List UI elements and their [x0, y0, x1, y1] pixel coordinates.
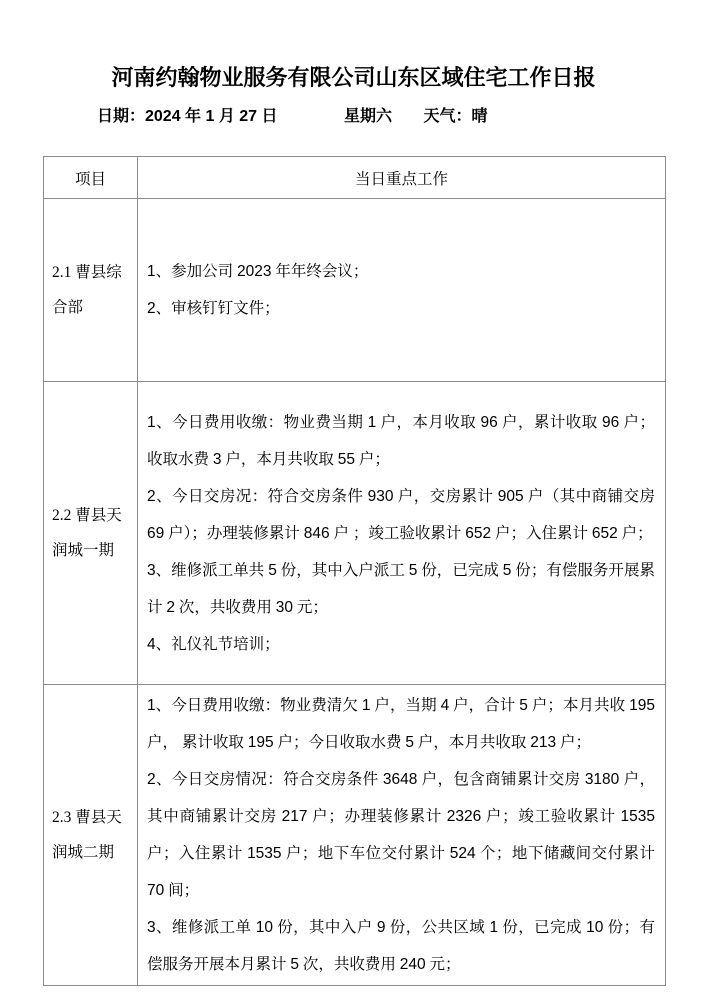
meta-line: 日期：2024 年 1 月 27 日 星期六 天气：晴 [0, 106, 707, 128]
project-cell: 2.3 曹县天润城二期 [44, 685, 138, 986]
table-row: 2.3 曹县天润城二期1、今日费用收缴：物业费清欠 1 户，当期 4 户，合计 … [44, 685, 666, 986]
work-item: 4、礼仪礼节培训； [147, 626, 655, 663]
work-item: 2、今日交房况：符合交房条件 930 户，交房累计 905 户（其中商铺交房 6… [147, 478, 655, 552]
table-row: 2.2 曹县天润城一期1、今日费用收缴：物业费当期 1 户，本月收取 96 户，… [44, 382, 666, 685]
report-weekday: 星期六 [344, 108, 392, 125]
work-item: 2、今日交房情况：符合交房条件 3648 户，包含商铺累计交房 3180 户，其… [147, 761, 655, 909]
work-item: 3、维修派工单 10 份，其中入户 9 份，公共区域 1 份，已完成 10 份；… [147, 909, 655, 983]
work-cell: 1、参加公司 2023 年年终会议；2、审核钉钉文件； [138, 199, 666, 382]
header-row: 项目 当日重点工作 [44, 157, 666, 199]
document-page: 河南约翰物业服务有限公司山东区域住宅工作日报 日期：2024 年 1 月 27 … [0, 0, 707, 999]
project-cell: 2.1 曹县综合部 [44, 199, 138, 382]
report-date: 日期：2024 年 1 月 27 日 [97, 108, 278, 125]
table-row: 2.1 曹县综合部1、参加公司 2023 年年终会议；2、审核钉钉文件； [44, 199, 666, 382]
report-weather: 天气：晴 [423, 108, 487, 125]
document-title: 河南约翰物业服务有限公司山东区域住宅工作日报 [0, 0, 707, 93]
header-project: 项目 [44, 157, 138, 199]
work-item: 2、审核钉钉文件； [147, 290, 655, 327]
work-cell: 1、今日费用收缴：物业费清欠 1 户，当期 4 户，合计 5 户；本月共收 19… [138, 685, 666, 986]
work-cell: 1、今日费用收缴：物业费当期 1 户，本月收取 96 户，累计收取 96 户；收… [138, 382, 666, 685]
header-work: 当日重点工作 [138, 157, 666, 199]
work-item: 1、今日费用收缴：物业费清欠 1 户，当期 4 户，合计 5 户；本月共收 19… [147, 687, 655, 761]
work-item: 1、今日费用收缴：物业费当期 1 户，本月收取 96 户，累计收取 96 户；收… [147, 404, 655, 478]
daily-report-table: 项目 当日重点工作 2.1 曹县综合部1、参加公司 2023 年年终会议；2、审… [43, 156, 666, 986]
project-cell: 2.2 曹县天润城一期 [44, 382, 138, 685]
work-item: 1、参加公司 2023 年年终会议； [147, 253, 655, 290]
work-item: 3、维修派工单共 5 份，其中入户派工 5 份，已完成 5 份；有偿服务开展累计… [147, 552, 655, 626]
